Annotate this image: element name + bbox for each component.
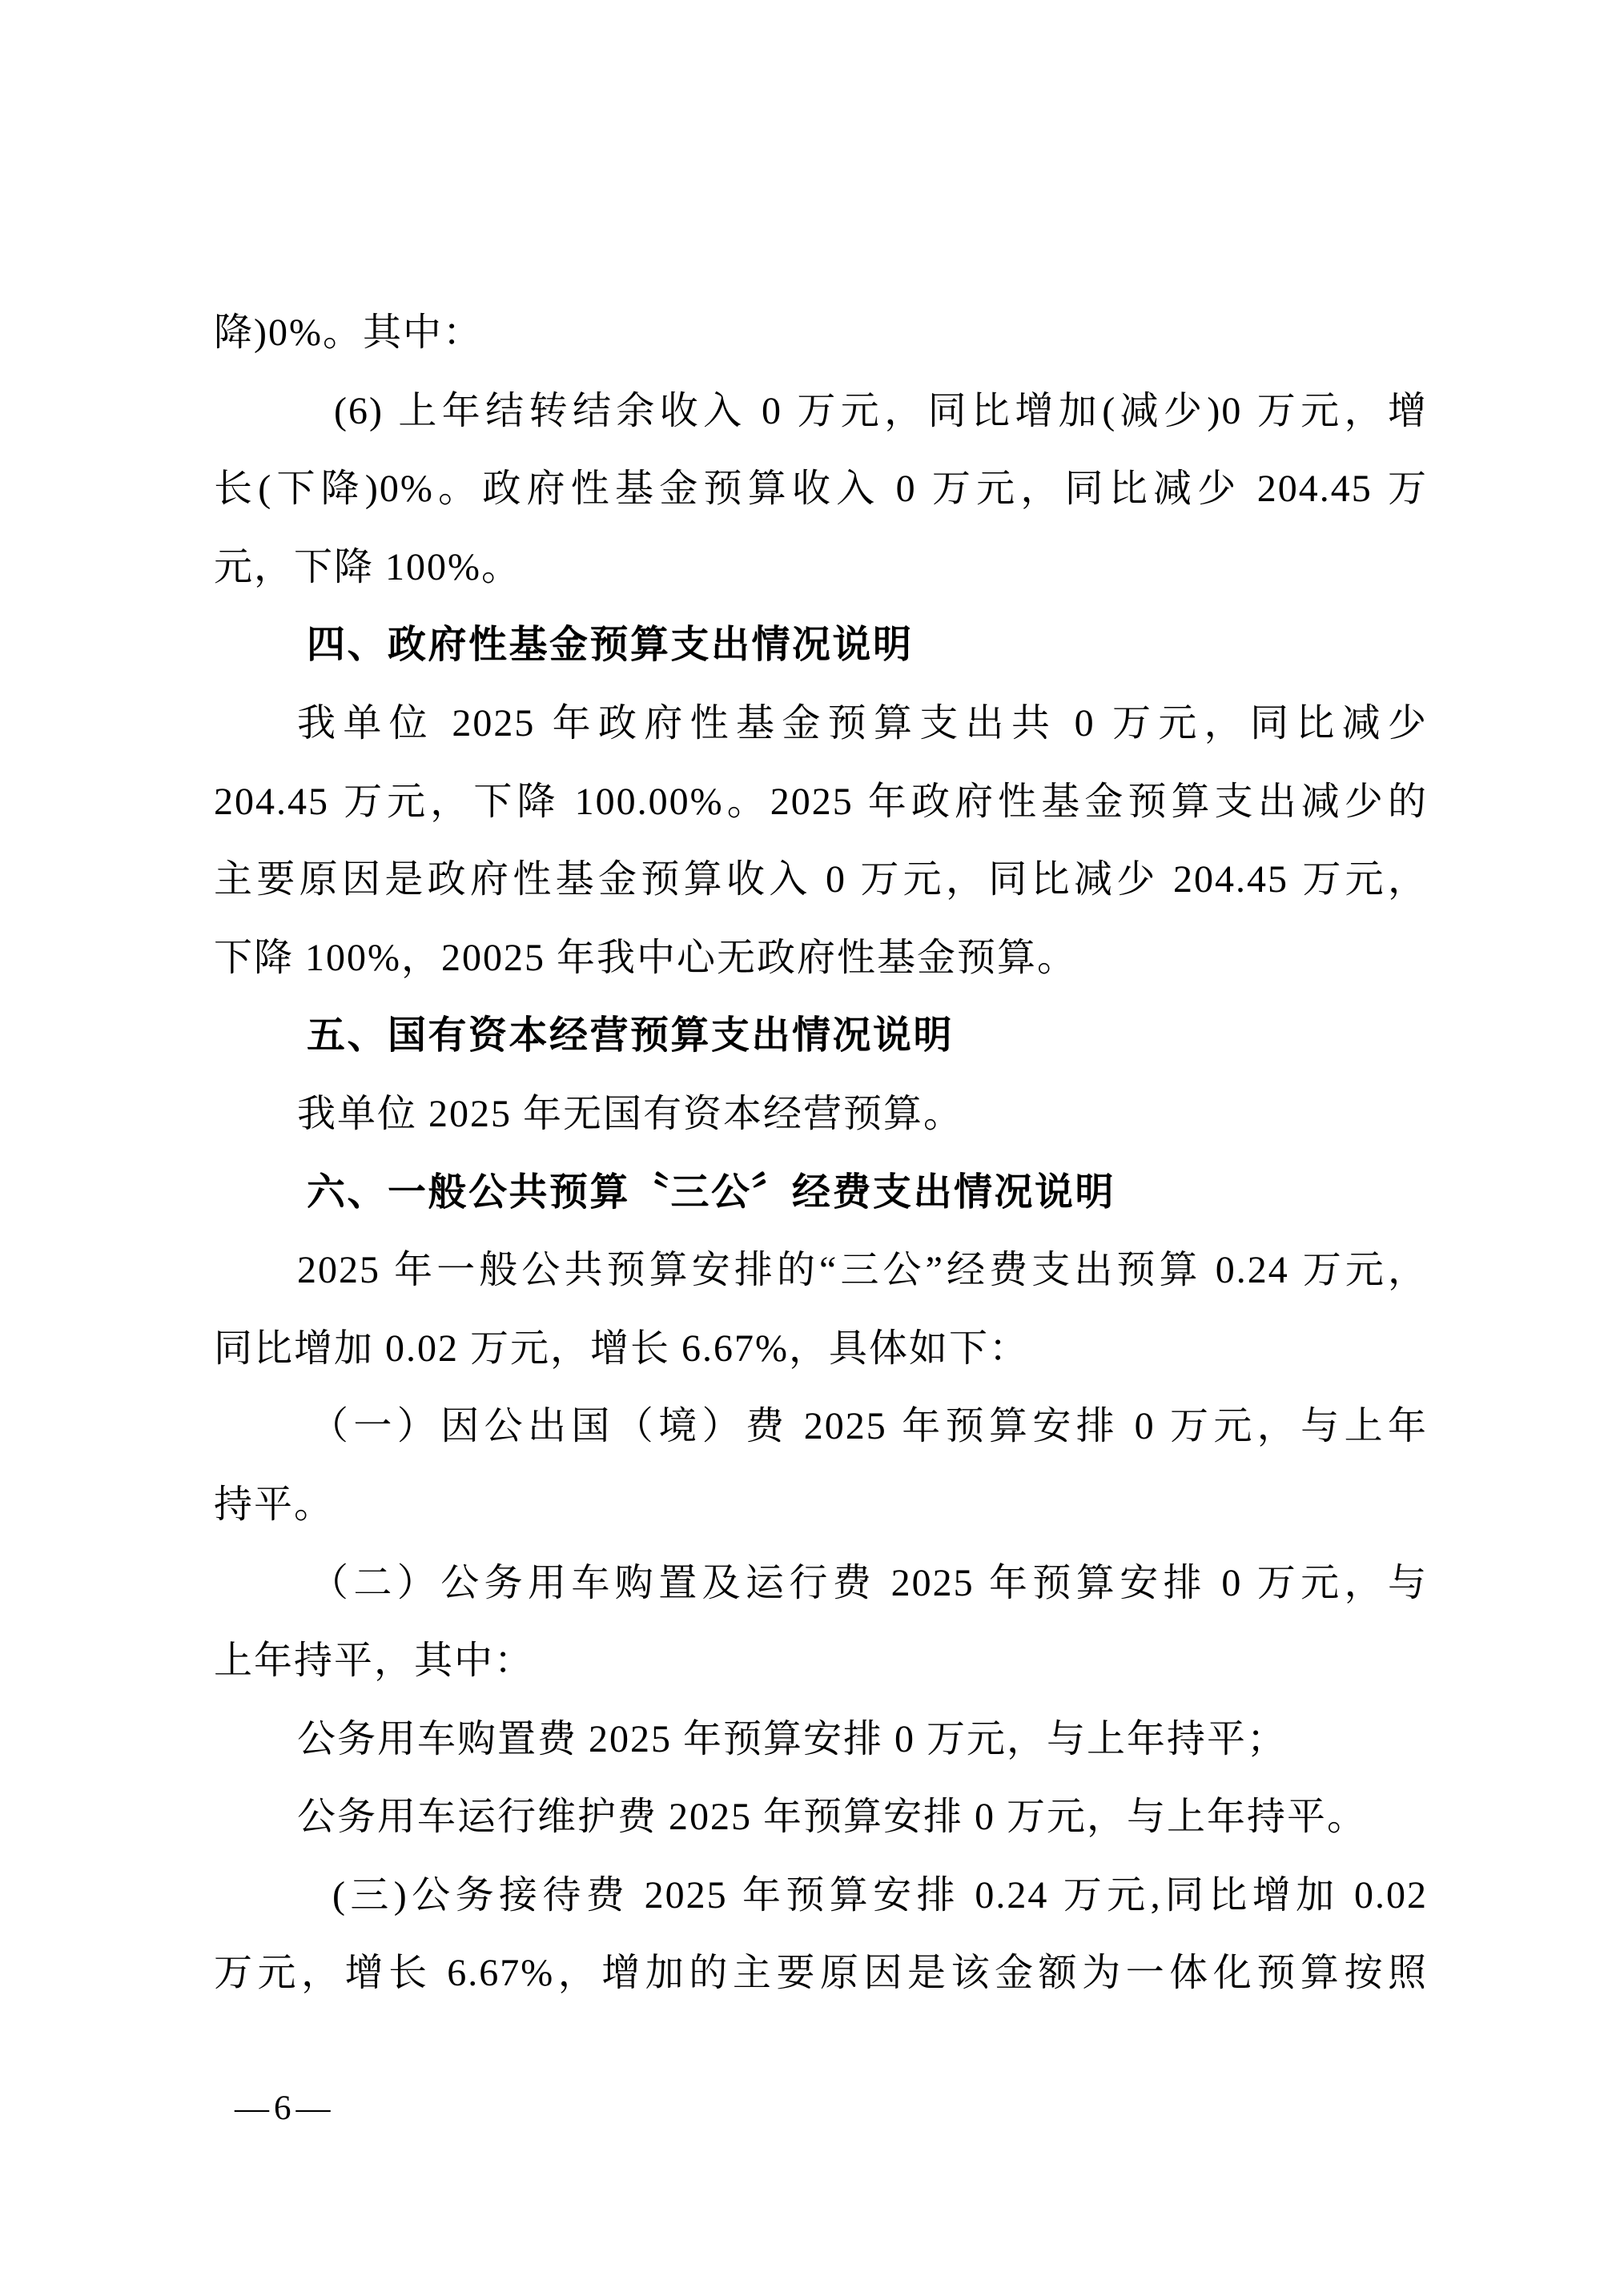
document-line: (6) 上年结转结余收入 0 万元，同比增加(减少)0 万元，增 bbox=[214, 372, 1428, 451]
section-heading: 五、国有资本经营预算支出情况说明 bbox=[214, 997, 1428, 1075]
document-line: 公务用车运行维护费 2025 年预算安排 0 万元，与上年持平。 bbox=[214, 1778, 1428, 1856]
document-line: 持平。 bbox=[214, 1466, 1428, 1544]
document-line: 我单位 2025 年政府性基金预算支出共 0 万元，同比减少 bbox=[214, 684, 1428, 763]
document-line: 204.45 万元，下降 100.00%。2025 年政府性基金预算支出减少的 bbox=[214, 763, 1428, 841]
document-line: 下降 100%，20025 年我中心无政府性基金预算。 bbox=[214, 919, 1428, 997]
document-line: 主要原因是政府性基金预算收入 0 万元，同比减少 204.45 万元， bbox=[214, 841, 1428, 919]
document-line: （一）因公出国（境）费 2025 年预算安排 0 万元，与上年 bbox=[214, 1387, 1428, 1466]
document-line: 降)0%。其中： bbox=[214, 294, 1428, 372]
document-line: 同比增加 0.02 万元，增长 6.67%，具体如下： bbox=[214, 1310, 1428, 1388]
document-page: 降)0%。其中：(6) 上年结转结余收入 0 万元，同比增加(减少)0 万元，增… bbox=[0, 0, 1624, 2296]
document-body: 降)0%。其中：(6) 上年结转结余收入 0 万元，同比增加(减少)0 万元，增… bbox=[214, 294, 1428, 2013]
document-line: 万元，增长 6.67%，增加的主要原因是该金额为一体化预算按照 bbox=[214, 1934, 1428, 2013]
document-line: 长(下降)0%。政府性基金预算收入 0 万元，同比减少 204.45 万 bbox=[214, 450, 1428, 528]
document-line: 公务用车购置费 2025 年预算安排 0 万元，与上年持平； bbox=[214, 1700, 1428, 1779]
document-line: 2025 年一般公共预算安排的“三公”经费支出预算 0.24 万元， bbox=[214, 1231, 1428, 1310]
document-line: （二）公务用车购置及运行费 2025 年预算安排 0 万元，与 bbox=[214, 1544, 1428, 1623]
section-heading: 四、政府性基金预算支出情况说明 bbox=[214, 606, 1428, 684]
document-line: (三)公务接待费 2025 年预算安排 0.24 万元,同比增加 0.02 bbox=[214, 1856, 1428, 1935]
section-heading: 六、一般公共预算〝三公〞经费支出情况说明 bbox=[214, 1154, 1428, 1232]
page-number: —6— bbox=[235, 2088, 336, 2129]
document-line: 上年持平，其中： bbox=[214, 1622, 1428, 1700]
document-line: 元，下降 100%。 bbox=[214, 528, 1428, 607]
document-line: 我单位 2025 年无国有资本经营预算。 bbox=[214, 1075, 1428, 1154]
